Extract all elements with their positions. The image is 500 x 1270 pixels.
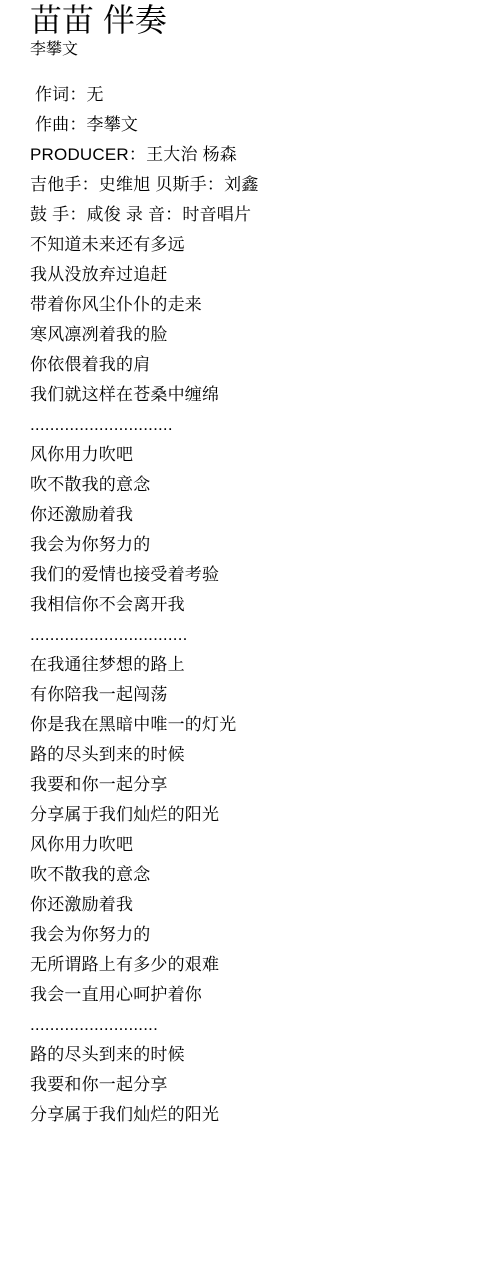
lyric-line: ................................ (30, 620, 490, 650)
lyric-line: 吹不散我的意念 (30, 860, 490, 890)
lyric-line: 有你陪我一起闯荡 (30, 680, 490, 710)
lyric-line: 我要和你一起分享 (30, 1070, 490, 1100)
page-title: 苗苗 伴奏 (30, 0, 490, 40)
lyric-line: 我们就这样在苍桑中缠绵 (30, 380, 490, 410)
lyric-line: 无所谓路上有多少的艰难 (30, 950, 490, 980)
lyric-line: 风你用力吹吧 (30, 830, 490, 860)
lyric-line: 风你用力吹吧 (30, 440, 490, 470)
lyric-line: 路的尽头到来的时候 (30, 1040, 490, 1070)
lyric-line: 寒风凛冽着我的脸 (30, 320, 490, 350)
lyric-line: 你依偎着我的肩 (30, 350, 490, 380)
lyric-line: 你还激励着我 (30, 500, 490, 530)
lyric-line: 分享属于我们灿烂的阳光 (30, 800, 490, 830)
lyric-line: 你是我在黑暗中唯一的灯光 (30, 710, 490, 740)
lyric-line: 我会为你努力的 (30, 530, 490, 560)
lyric-line: 吉他手：史维旭 贝斯手：刘鑫 (30, 170, 490, 200)
lyric-line: 我要和你一起分享 (30, 770, 490, 800)
lyric-line: 你还激励着我 (30, 890, 490, 920)
artist-name: 李攀文 (30, 40, 490, 60)
lyric-line: 不知道未来还有多远 (30, 230, 490, 260)
lyric-line: 我从没放弃过追赶 (30, 260, 490, 290)
lyric-line: 我会为你努力的 (30, 920, 490, 950)
lyric-line: 我相信你不会离开我 (30, 590, 490, 620)
lyric-line: 我会一直用心呵护着你 (30, 980, 490, 1010)
lyric-line: PRODUCER：王大治 杨森 (30, 140, 490, 170)
lyrics-page: 苗苗 伴奏 李攀文 作词：无 作曲：李攀文PRODUCER：王大治 杨森吉他手：… (0, 0, 500, 1130)
lyric-line: 作曲：李攀文 (30, 110, 490, 140)
lyric-line: 带着你风尘仆仆的走来 (30, 290, 490, 320)
lyric-line: 分享属于我们灿烂的阳光 (30, 1100, 490, 1130)
lyric-line: ............................. (30, 410, 490, 440)
lyrics-container: 作词：无 作曲：李攀文PRODUCER：王大治 杨森吉他手：史维旭 贝斯手：刘鑫… (30, 80, 490, 1130)
lyric-line: 在我通往梦想的路上 (30, 650, 490, 680)
lyric-line: .......................... (30, 1010, 490, 1040)
lyric-line: 鼓 手：咸俊 录 音：时音唱片 (30, 200, 490, 230)
lyric-line: 吹不散我的意念 (30, 470, 490, 500)
lyric-line: 我们的爱情也接受着考验 (30, 560, 490, 590)
lyric-line: 路的尽头到来的时候 (30, 740, 490, 770)
lyric-line: 作词：无 (30, 80, 490, 110)
